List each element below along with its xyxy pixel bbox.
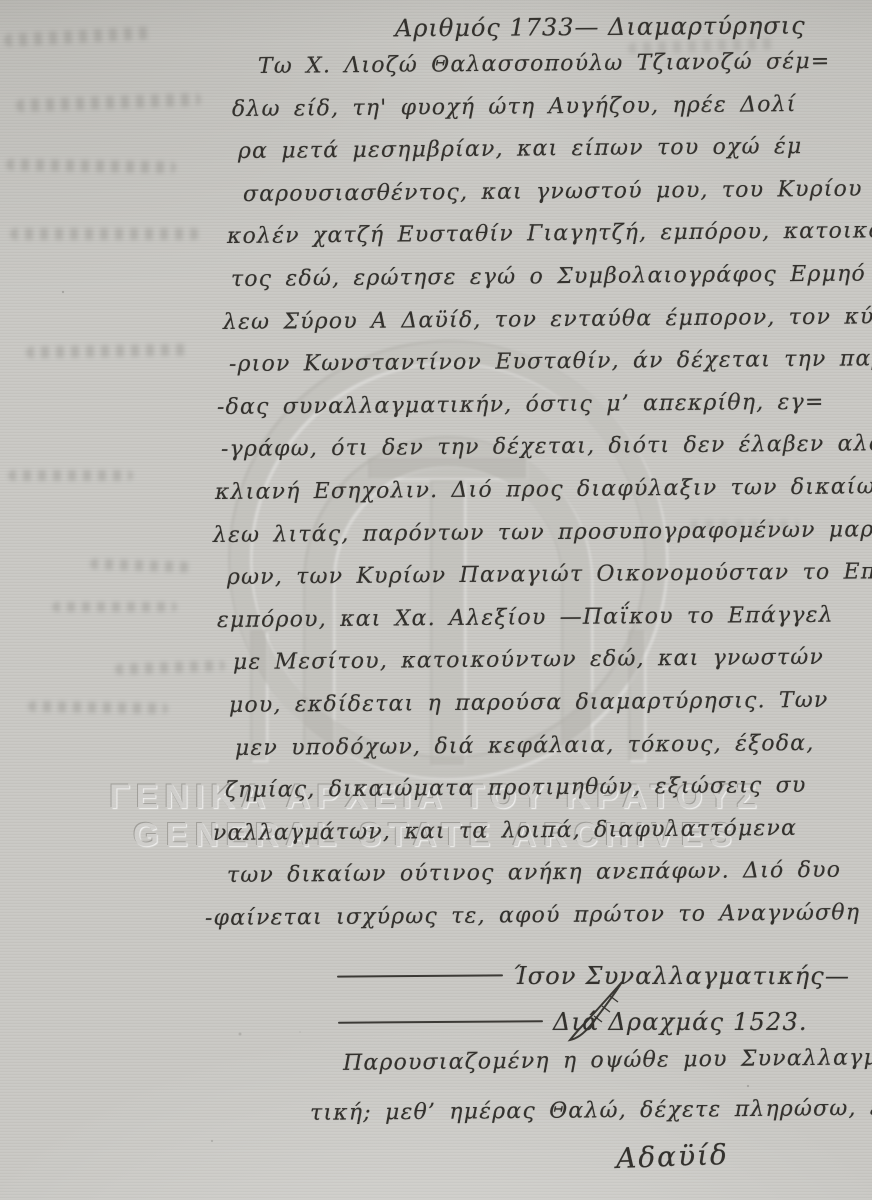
manuscript-body: Τω Χ. Λιοζώ Θαλασσοπούλω Τζιανοζώ σέμ= δ… — [215, 54, 865, 948]
iso-synallagmatikis-row: Ίσον Συναλλαγματικής— — [337, 962, 850, 990]
document-heading: Αριθμός 1733— Διαμαρτύρησις — [395, 12, 806, 43]
manuscript-line: ρων, των Κυρίων Παναγιώτ Οικονομούσταν τ… — [227, 560, 865, 608]
manuscript-line: δλω είδ, τη' φυοχή ώτη Αυγήζου, ηρέε Δολ… — [232, 91, 865, 139]
drachmas-line-text: Διά Δραχμάς 1523. — [553, 1008, 808, 1036]
manuscript-line: -φαίνεται ισχύρως τε, αφού πρώτον το Ανα… — [205, 900, 865, 948]
scanned-manuscript-page: ΓΕΝΙΚΑ ΑΡΧΕΙΑ ΤΟΥ ΚΡΑΤΟΥΣ GENERAL STATE … — [0, 0, 872, 1200]
manuscript-line: -δας συναλλαγματικήν, όστις μ’ απεκρίθη,… — [217, 389, 865, 437]
bleed-through-mark — [4, 26, 154, 47]
iso-line-text: Ίσον Συναλλαγματικής— — [513, 962, 850, 990]
drachmas-row: Διά Δραχμάς 1523. — [338, 1008, 808, 1036]
manuscript-line: μεν υποδόχων, διά κεφάλαια, τόκους, έξοδ… — [235, 730, 865, 778]
manuscript-line: κολέν χατζή Ευσταθίν Γιαγητζή, εμπόρου, … — [227, 219, 865, 267]
manuscript-line: των δικαίων ούτινος ανήκη ανεπάφων. Διό … — [227, 858, 865, 906]
manuscript-line: Τω Χ. Λιοζώ Θαλασσοπούλω Τζιανοζώ σέμ= — [258, 49, 865, 97]
bleed-through-mark — [10, 228, 200, 240]
bleed-through-mark — [52, 602, 177, 612]
manuscript-line: σαρουσιασθέντος, και γνωστού μου, του Κυ… — [243, 176, 865, 224]
manuscript-line: λεω λιτάς, παρόντων των προσυπογραφομένω… — [213, 517, 865, 565]
manuscript-line: λεω Σύρου Α Δαϋίδ, τον ενταύθα έμπορον, … — [223, 304, 865, 352]
closing-line: τική; μεθ’ ημέρας Θαλώ, δέχετε πληρώσω, … — [310, 1095, 872, 1126]
manuscript-line: με Μεσίτου, κατοικούντων εδώ, και γνωστώ… — [233, 645, 865, 693]
bleed-through-mark — [6, 159, 176, 174]
bleed-through-mark — [26, 344, 191, 359]
manuscript-line: κλιανή Εσηχολιν. Διό προς διαφύλαξιν των… — [215, 474, 865, 522]
ink-rule — [338, 1020, 543, 1023]
ink-rule — [337, 974, 503, 977]
manuscript-line: μου, εκδίδεται η παρούσα διαμαρτύρησις. … — [229, 687, 865, 735]
closing-line: Παρουσιαζομένη η οψώθε μου Συναλλαγμα — [343, 1045, 872, 1076]
bleed-through-mark — [115, 660, 225, 675]
manuscript-line: -γράφω, ότι δεν την δέχεται, διότι δεν έ… — [221, 432, 865, 480]
manuscript-line: -ριον Κωνσταντίνον Ευσταθίν, άν δέχεται … — [229, 347, 865, 395]
notary-signature: Αδαϋίδ — [615, 1138, 729, 1175]
manuscript-line: ναλλαγμάτων, και τα λοιπά, διαφυλαττόμεν… — [213, 815, 865, 863]
bleed-through-mark — [28, 701, 168, 714]
bleed-through-mark — [90, 558, 190, 572]
manuscript-line: τος εδώ, ερώτησε εγώ ο Συμβολαιογράφος Ε… — [231, 261, 865, 309]
manuscript-line: ζημίας, δικαιώματα προτιμηθών, εξιώσεις … — [225, 773, 865, 821]
manuscript-line: ρα μετά μεσημβρίαν, και είπων του οχώ έμ — [238, 134, 865, 182]
bleed-through-mark — [8, 470, 133, 481]
manuscript-line: εμπόρου, και Χα. Αλεξίου —Παΐκου το Επάγ… — [217, 602, 865, 650]
bleed-through-mark — [16, 93, 201, 112]
